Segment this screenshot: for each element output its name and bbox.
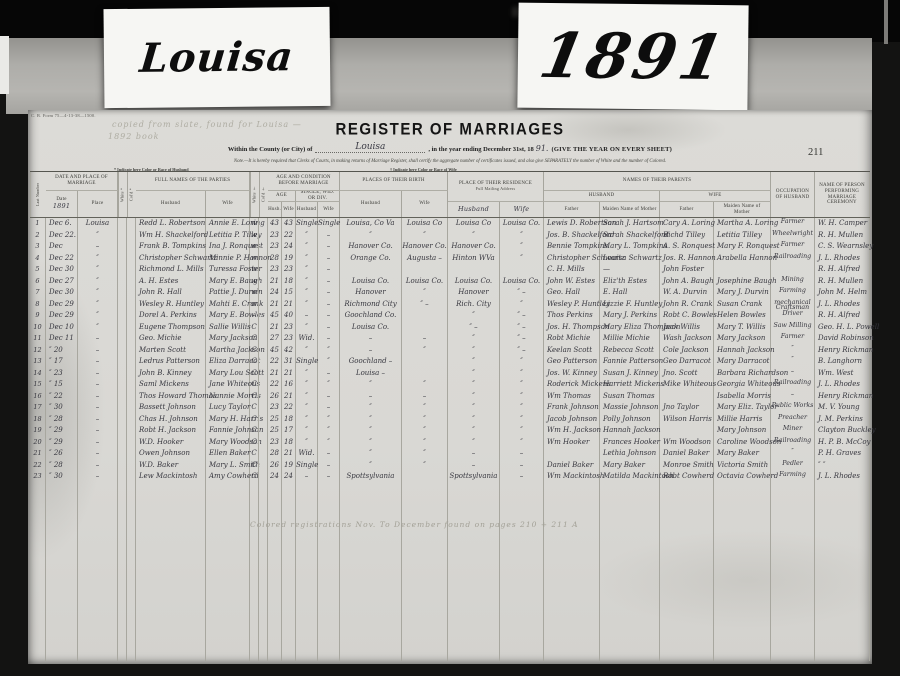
age-husband: 28 bbox=[268, 253, 282, 265]
residence-husband: ″ bbox=[448, 379, 500, 391]
last-number: 9 bbox=[30, 310, 46, 322]
husband-name: Robt H. Jackson bbox=[136, 425, 206, 437]
county-label-card: Louisa bbox=[103, 7, 330, 108]
birthplace-wife: ″ bbox=[402, 425, 448, 437]
husband-mother: — bbox=[600, 264, 660, 276]
empty-cell bbox=[815, 483, 870, 661]
birthplace-wife bbox=[402, 356, 448, 368]
year-label-card: 1891 bbox=[517, 3, 748, 111]
age-husband: 21 bbox=[268, 322, 282, 334]
table-row: 16″ 22–Thos Howard ThomasNannie MorrisC2… bbox=[30, 391, 870, 403]
residence-husband-handwritten: Husband bbox=[458, 206, 489, 213]
within-middle: , in the year ending December 31st, 18 bbox=[428, 146, 533, 153]
husband-name: Thos Howard Thomas bbox=[136, 391, 206, 403]
wife-father: A. S. Ronquest bbox=[660, 241, 714, 253]
table-row: 11Dec 11–Geo. MichieMary JacksonC2723Wid… bbox=[30, 333, 870, 345]
race-husband-white bbox=[118, 264, 127, 276]
husband-name: Dorel A. Perkins bbox=[136, 310, 206, 322]
age-husband: 22 bbox=[268, 379, 282, 391]
residence-husband: ″ bbox=[448, 310, 500, 322]
race-husband-white bbox=[118, 425, 127, 437]
page-number: 211 bbox=[808, 147, 823, 158]
marriage-date: Dec bbox=[46, 241, 78, 253]
husband-name: Geo. Michie bbox=[136, 333, 206, 345]
empty-cell bbox=[402, 483, 448, 661]
age-husband: 26 bbox=[268, 460, 282, 472]
ceremony-performer: R. H. Mullen bbox=[815, 276, 870, 288]
condition-husband: ″ bbox=[296, 276, 318, 288]
husband-mother: Lethia Johnson bbox=[600, 448, 660, 460]
table-row: 19″ 29–Robt H. JacksonFannie JohnsonC251… bbox=[30, 425, 870, 437]
race-husband-white bbox=[118, 391, 127, 403]
ceremony-performer: J. L. Rhodes bbox=[815, 253, 870, 265]
race-husband-colored bbox=[127, 276, 136, 288]
ceremony-performer: Geo. H. L. Powell bbox=[815, 322, 870, 334]
race-husband-colored bbox=[127, 402, 136, 414]
occupation-husband: Saw Milling bbox=[771, 322, 815, 334]
ceremony-performer: R. H. Alfred bbox=[815, 264, 870, 276]
marriage-place: – bbox=[78, 241, 118, 253]
marriage-date: Dec 27 bbox=[46, 276, 78, 288]
occupation-husband: Farmer bbox=[771, 333, 815, 345]
birthplace-husband: – bbox=[340, 391, 402, 403]
birthplace-husband: ″ bbox=[340, 448, 402, 460]
col-mother-wife: Maiden Name of Mother bbox=[714, 202, 771, 217]
wife-name: Mary Jackson bbox=[206, 333, 250, 345]
give-year-note: (GIVE THE YEAR ON EVERY SHEET) bbox=[551, 146, 672, 153]
race-husband-white bbox=[118, 437, 127, 449]
residence-wife: ″ bbox=[500, 414, 544, 426]
marriage-date: Dec 29 bbox=[46, 310, 78, 322]
table-row: 20″ 29–W.D. HookerMary WoodsonC2318″″″″″… bbox=[30, 437, 870, 449]
birthplace-husband: Goochland – bbox=[340, 356, 402, 368]
condition-husband: ″ bbox=[296, 345, 318, 357]
occupation-husband: Railroading bbox=[771, 253, 815, 265]
birthplace-husband: Richmond City bbox=[340, 299, 402, 311]
condition-wife: Single bbox=[318, 218, 340, 230]
race-wife-colored bbox=[259, 345, 268, 357]
wife-father bbox=[660, 425, 714, 437]
table-row: 7Dec 30″John R. HallPattie J. Durvinw241… bbox=[30, 287, 870, 299]
empty-cell bbox=[46, 483, 78, 661]
birthplace-husband: Louisa Co. bbox=[340, 276, 402, 288]
race-mark: C bbox=[250, 356, 259, 368]
race-mark: C bbox=[250, 368, 259, 380]
condition-wife: – bbox=[318, 230, 340, 242]
age-wife: 21 bbox=[282, 391, 296, 403]
husband-father: Geo. Hall bbox=[544, 287, 600, 299]
residence-husband: – bbox=[448, 460, 500, 472]
occupation-husband: Public Works bbox=[771, 402, 815, 414]
left-paper-sliver bbox=[0, 36, 9, 94]
race-husband-colored bbox=[127, 379, 136, 391]
husband-mother: Fannie Patterson bbox=[600, 356, 660, 368]
race-mark: C bbox=[250, 379, 259, 391]
wife-mother: Millie Harris bbox=[714, 414, 771, 426]
age-husband: 45 bbox=[268, 345, 282, 357]
husband-father: Christopher Schwartz bbox=[544, 253, 600, 265]
marriage-date: Dec 11 bbox=[46, 333, 78, 345]
age-husband: 21 bbox=[268, 299, 282, 311]
ceremony-performer: Wm. West bbox=[815, 368, 870, 380]
empty-cell bbox=[127, 483, 136, 661]
marriage-date: Dec 10 bbox=[46, 322, 78, 334]
age-wife: 21 bbox=[282, 299, 296, 311]
last-number: 1 bbox=[30, 218, 46, 230]
husband-mother: Harriett Mickens bbox=[600, 379, 660, 391]
residence-husband: Hanover bbox=[448, 287, 500, 299]
wife-mother: Letitia Tilley bbox=[714, 230, 771, 242]
condition-wife: – bbox=[318, 333, 340, 345]
last-number: 17 bbox=[30, 402, 46, 414]
wife-name: Lucy Taylor bbox=[206, 402, 250, 414]
residence-husband: ″ bbox=[448, 425, 500, 437]
wife-mother: Mary J. Durvin bbox=[714, 287, 771, 299]
right-edge-line bbox=[884, 0, 888, 44]
age-wife: 19 bbox=[282, 253, 296, 265]
age-wife: 22 bbox=[282, 402, 296, 414]
age-husband: 22 bbox=[268, 356, 282, 368]
husband-mother: Massie Johnson bbox=[600, 402, 660, 414]
empty-ruled-rows bbox=[30, 483, 870, 661]
wife-name: Letitia P. Tilley bbox=[206, 230, 250, 242]
col-age-husband: Husb. bbox=[268, 202, 282, 217]
husband-mother: Hannah Jackson bbox=[600, 425, 660, 437]
occupation-husband: – bbox=[771, 391, 815, 403]
wife-mother: Josephine Baugh bbox=[714, 276, 771, 288]
age-wife: 21 bbox=[282, 448, 296, 460]
wife-name: Ellen Baker bbox=[206, 448, 250, 460]
race-mark: C bbox=[250, 345, 259, 357]
county-year-line: Within the County (or City) of Louisa , … bbox=[28, 142, 872, 153]
birthplace-husband: Louisa Co. bbox=[340, 322, 402, 334]
condition-husband: Single bbox=[296, 460, 318, 472]
age-wife: 23 bbox=[282, 322, 296, 334]
occupation-husband: Farming bbox=[771, 471, 815, 483]
last-number: 21 bbox=[30, 448, 46, 460]
wife-name: Eliza Darracot bbox=[206, 356, 250, 368]
age-wife: 21 bbox=[282, 368, 296, 380]
husband-name: John B. Kinney bbox=[136, 368, 206, 380]
residence-wife: ″ bbox=[500, 391, 544, 403]
col-mother-husband: Maiden Name of Mother bbox=[600, 202, 660, 217]
occupation-husband: ″ bbox=[771, 448, 815, 460]
marriage-date: ″ 30 bbox=[46, 402, 78, 414]
residence-husband: Rich. City bbox=[448, 299, 500, 311]
last-number: 5 bbox=[30, 264, 46, 276]
empty-cell bbox=[318, 483, 340, 661]
husband-name: Richmond L. Mills bbox=[136, 264, 206, 276]
table-row: 14″ 23–John B. KinneyMary Lou ScottC2121… bbox=[30, 368, 870, 380]
race-husband-white bbox=[118, 253, 127, 265]
wife-name: Jane Whiteous bbox=[206, 379, 250, 391]
condition-wife: – bbox=[318, 253, 340, 265]
col-condition-wife: Wife bbox=[318, 202, 340, 217]
occupation-husband: ″ bbox=[771, 356, 815, 368]
residence-wife: ″ – bbox=[500, 345, 544, 357]
husband-father: Geo Patterson bbox=[544, 356, 600, 368]
race-husband-white bbox=[118, 414, 127, 426]
year-label-text: 1891 bbox=[534, 19, 732, 94]
table-row: 12″ 20–Marten ScottMartha JacksonC4542″″… bbox=[30, 345, 870, 357]
group-full-names: FULL NAMES OF THE PARTIES bbox=[136, 172, 250, 191]
marriage-place: – bbox=[78, 345, 118, 357]
wife-mother: Mary Jackson bbox=[714, 333, 771, 345]
group-parents: NAMES OF THEIR PARENTS bbox=[544, 172, 771, 191]
table-row: 1Dec 6.LouisaRedd L. RobertsonAnnie E. L… bbox=[30, 218, 870, 230]
form-number: C. B. Form 75—4-13-38—1500. bbox=[31, 113, 96, 118]
race-husband-white bbox=[118, 460, 127, 472]
race-husband-white bbox=[118, 276, 127, 288]
birthplace-husband bbox=[340, 264, 402, 276]
husband-mother: Eliz'th Estes bbox=[600, 276, 660, 288]
condition-wife: – bbox=[318, 402, 340, 414]
race-wife-colored bbox=[259, 230, 268, 242]
husband-name: Marten Scott bbox=[136, 345, 206, 357]
condition-wife: ″ bbox=[318, 414, 340, 426]
marriage-place: ″ bbox=[78, 230, 118, 242]
ceremony-performer: Henry Rickman bbox=[815, 391, 870, 403]
residence-husband: ″ bbox=[448, 402, 500, 414]
race-husband-colored bbox=[127, 425, 136, 437]
residence-wife: ″ bbox=[500, 402, 544, 414]
race-husband-colored bbox=[127, 437, 136, 449]
birthplace-wife: ″ bbox=[402, 414, 448, 426]
empty-cell bbox=[340, 483, 402, 661]
empty-cell bbox=[448, 483, 500, 661]
birthplace-husband: ″ bbox=[340, 230, 402, 242]
marriage-date: ″ 28 bbox=[46, 414, 78, 426]
last-number: 15 bbox=[30, 379, 46, 391]
ceremony-performer: David Robinson bbox=[815, 333, 870, 345]
marriage-place: – bbox=[78, 425, 118, 437]
wife-father: W. A. Durvin bbox=[660, 287, 714, 299]
husband-name: Owen Johnson bbox=[136, 448, 206, 460]
race-wife-colored bbox=[259, 299, 268, 311]
age-husband: 21 bbox=[268, 276, 282, 288]
husband-mother: Sarah Shackelford bbox=[600, 230, 660, 242]
residence-husband: – bbox=[448, 448, 500, 460]
county-blank: Louisa bbox=[315, 142, 425, 153]
marriage-place: – bbox=[78, 356, 118, 368]
marriage-date: ″ 29 bbox=[46, 437, 78, 449]
condition-husband: ″ bbox=[296, 253, 318, 265]
marriage-date: Dec 6. bbox=[46, 218, 78, 230]
marriage-date: ″ 30 bbox=[46, 471, 78, 483]
condition-wife: ″ bbox=[318, 356, 340, 368]
husband-mother: Lizzie F. Huntley bbox=[600, 299, 660, 311]
race-wife-colored bbox=[259, 287, 268, 299]
residence-husband: ″ bbox=[448, 333, 500, 345]
age-husband: 26 bbox=[268, 391, 282, 403]
table-row: 4Dec 22″Christopher SchwartzMinnie P. Ha… bbox=[30, 253, 870, 265]
race-husband-white bbox=[118, 379, 127, 391]
race-husband-white bbox=[118, 368, 127, 380]
wife-mother: Victoria Smith bbox=[714, 460, 771, 472]
table-row: 6Dec 27″A. H. EstesMary E. Baughw2118″–L… bbox=[30, 276, 870, 288]
wife-name: Mary E. Bowles bbox=[206, 310, 250, 322]
condition-wife: ″ bbox=[318, 379, 340, 391]
residence-wife: Louisa Co. bbox=[500, 276, 544, 288]
husband-mother: Mary L. Tompkins bbox=[600, 241, 660, 253]
occupation-husband: Farmer bbox=[771, 241, 815, 253]
empty-cell bbox=[259, 483, 268, 661]
birthplace-wife bbox=[402, 322, 448, 334]
col-husband-name: Husband bbox=[136, 191, 206, 217]
occupation-husband: Railroading bbox=[771, 379, 815, 391]
last-number: 6 bbox=[30, 276, 46, 288]
race-wife-colored bbox=[259, 425, 268, 437]
age-husband: 45 bbox=[268, 310, 282, 322]
wife-mother: Isabella Morris bbox=[714, 391, 771, 403]
husband-father: Robt Michie bbox=[544, 333, 600, 345]
birthplace-wife: ″ bbox=[402, 345, 448, 357]
marriage-place: – bbox=[78, 379, 118, 391]
empty-cell bbox=[78, 483, 118, 661]
wife-mother: Mary Eliz. Taylor bbox=[714, 402, 771, 414]
age-wife: 16 bbox=[282, 379, 296, 391]
marriage-place: ″ bbox=[78, 276, 118, 288]
birthplace-wife: ″ bbox=[402, 448, 448, 460]
husband-mother: Louisa Schwartz bbox=[600, 253, 660, 265]
marriage-place: – bbox=[78, 391, 118, 403]
residence-husband: Hinton WVa bbox=[448, 253, 500, 265]
age-wife: 31 bbox=[282, 356, 296, 368]
birthplace-wife bbox=[402, 368, 448, 380]
race-wife-colored bbox=[259, 448, 268, 460]
occupation-husband: Pedler bbox=[771, 460, 815, 472]
wife-father: Geo Darracot bbox=[660, 356, 714, 368]
ceremony-performer: J. L. Rhodes bbox=[815, 379, 870, 391]
col-condition-husband: Husband bbox=[296, 202, 318, 217]
col-white-wife: White † bbox=[250, 172, 259, 217]
condition-wife: ″ bbox=[318, 425, 340, 437]
age-husband: 23 bbox=[268, 264, 282, 276]
pencil-note-bottom: Colored registrations Nov. To December f… bbox=[250, 520, 579, 529]
race-husband-colored bbox=[127, 356, 136, 368]
birthplace-wife: – bbox=[402, 333, 448, 345]
marriage-place: – bbox=[78, 368, 118, 380]
last-number: 18 bbox=[30, 414, 46, 426]
condition-husband: ″ bbox=[296, 287, 318, 299]
race-husband-colored bbox=[127, 448, 136, 460]
age-wife: 17 bbox=[282, 425, 296, 437]
wife-mother: Mary Baker bbox=[714, 448, 771, 460]
condition-wife: – bbox=[318, 391, 340, 403]
race-mark: w bbox=[250, 276, 259, 288]
table-row: 17″ 30–Bassett JohnsonLucy TaylorC2322″–… bbox=[30, 402, 870, 414]
wife-father: Cole Jackson bbox=[660, 345, 714, 357]
age-wife: 22 bbox=[282, 230, 296, 242]
occupation-husband: Driver bbox=[771, 310, 815, 322]
race-husband-colored bbox=[127, 322, 136, 334]
marriage-date: ″ 28 bbox=[46, 460, 78, 472]
husband-name: Lew Mackintosh bbox=[136, 471, 206, 483]
birthplace-wife: Louisa Co. bbox=[402, 276, 448, 288]
age-wife: 40 bbox=[282, 310, 296, 322]
wife-mother: Martha A. Loring bbox=[714, 218, 771, 230]
race-wife-colored bbox=[259, 241, 268, 253]
wife-father: Cary A. Loring bbox=[660, 218, 714, 230]
col-date-year-handwritten: 1891 bbox=[53, 203, 70, 210]
wife-mother: Susan Crank bbox=[714, 299, 771, 311]
residence-husband: ″ – bbox=[448, 322, 500, 334]
empty-cell bbox=[250, 483, 259, 661]
residence-wife: Louisa Co. bbox=[500, 218, 544, 230]
condition-husband: ″ bbox=[296, 379, 318, 391]
wife-name: Mary L. Smith bbox=[206, 460, 250, 472]
wife-mother bbox=[714, 264, 771, 276]
occupation-husband: Farmer bbox=[771, 218, 815, 230]
race-wife-colored bbox=[259, 471, 268, 483]
race-mark: C bbox=[250, 448, 259, 460]
age-wife: 23 bbox=[282, 264, 296, 276]
condition-husband: ″ bbox=[296, 391, 318, 403]
birthplace-husband: Louisa, Co Va bbox=[340, 218, 402, 230]
condition-wife: – bbox=[318, 299, 340, 311]
race-wife-colored bbox=[259, 253, 268, 265]
husband-name: Saml Mickens bbox=[136, 379, 206, 391]
race-husband-colored bbox=[127, 391, 136, 403]
race-husband-white bbox=[118, 333, 127, 345]
table-row: 5Dec 30″Richmond L. MillsTuressa Fosterw… bbox=[30, 264, 870, 276]
table-row: 8Dec 29″Wesley R. HuntleyMahti E. Crankw… bbox=[30, 299, 870, 311]
ceremony-performer: J. L. Rhodes bbox=[815, 471, 870, 483]
race-mark: w bbox=[250, 230, 259, 242]
birthplace-wife: ″ bbox=[402, 437, 448, 449]
ceremony-performer: J. L. Rhodes bbox=[815, 299, 870, 311]
husband-mother: Mary Eliza Thompson bbox=[600, 322, 660, 334]
wife-name: Turessa Foster bbox=[206, 264, 250, 276]
age-husband: 25 bbox=[268, 414, 282, 426]
race-wife-colored bbox=[259, 333, 268, 345]
race-wife-colored bbox=[259, 276, 268, 288]
wife-name: Mary Lou Scott bbox=[206, 368, 250, 380]
residence-husband: ″ bbox=[448, 414, 500, 426]
ceremony-performer: ″ ″ bbox=[815, 460, 870, 472]
empty-cell bbox=[118, 483, 127, 661]
age-wife: 24 bbox=[282, 241, 296, 253]
last-number: 23 bbox=[30, 471, 46, 483]
subgroup-parents-wife: WIFE bbox=[660, 191, 771, 202]
scanned-register-page: Louisa 1891 C. B. Form 75—4-13-38—1500. … bbox=[0, 0, 900, 676]
birthplace-husband: Louisa – bbox=[340, 368, 402, 380]
residence-wife: ″ bbox=[500, 425, 544, 437]
birthplace-wife: ″ bbox=[402, 460, 448, 472]
marriage-date: ″ 26 bbox=[46, 448, 78, 460]
col-father-husband: Father bbox=[544, 202, 600, 217]
last-number: 7 bbox=[30, 287, 46, 299]
race-husband-white bbox=[118, 448, 127, 460]
marriage-place: Louisa bbox=[78, 218, 118, 230]
age-husband: 21 bbox=[268, 368, 282, 380]
marriage-date: Dec 30 bbox=[46, 264, 78, 276]
clerk-note: Note.—It is hereby required that Clerks … bbox=[28, 159, 872, 164]
age-wife: 19 bbox=[282, 460, 296, 472]
page-title: REGISTER OF MARRIAGES bbox=[28, 120, 872, 138]
husband-mother: Sarah J. Hartsom bbox=[600, 218, 660, 230]
ceremony-performer: John M. Helm bbox=[815, 287, 870, 299]
husband-mother: Polly Johnson bbox=[600, 414, 660, 426]
wife-name: Fannie Johnson bbox=[206, 425, 250, 437]
occupation-husband: – bbox=[771, 368, 815, 380]
wife-mother: Helen Bowles bbox=[714, 310, 771, 322]
condition-husband: ″ bbox=[296, 264, 318, 276]
last-number: 16 bbox=[30, 391, 46, 403]
marriage-date: Dec 29 bbox=[46, 299, 78, 311]
race-husband-colored bbox=[127, 368, 136, 380]
birthplace-husband: ″ bbox=[340, 379, 402, 391]
